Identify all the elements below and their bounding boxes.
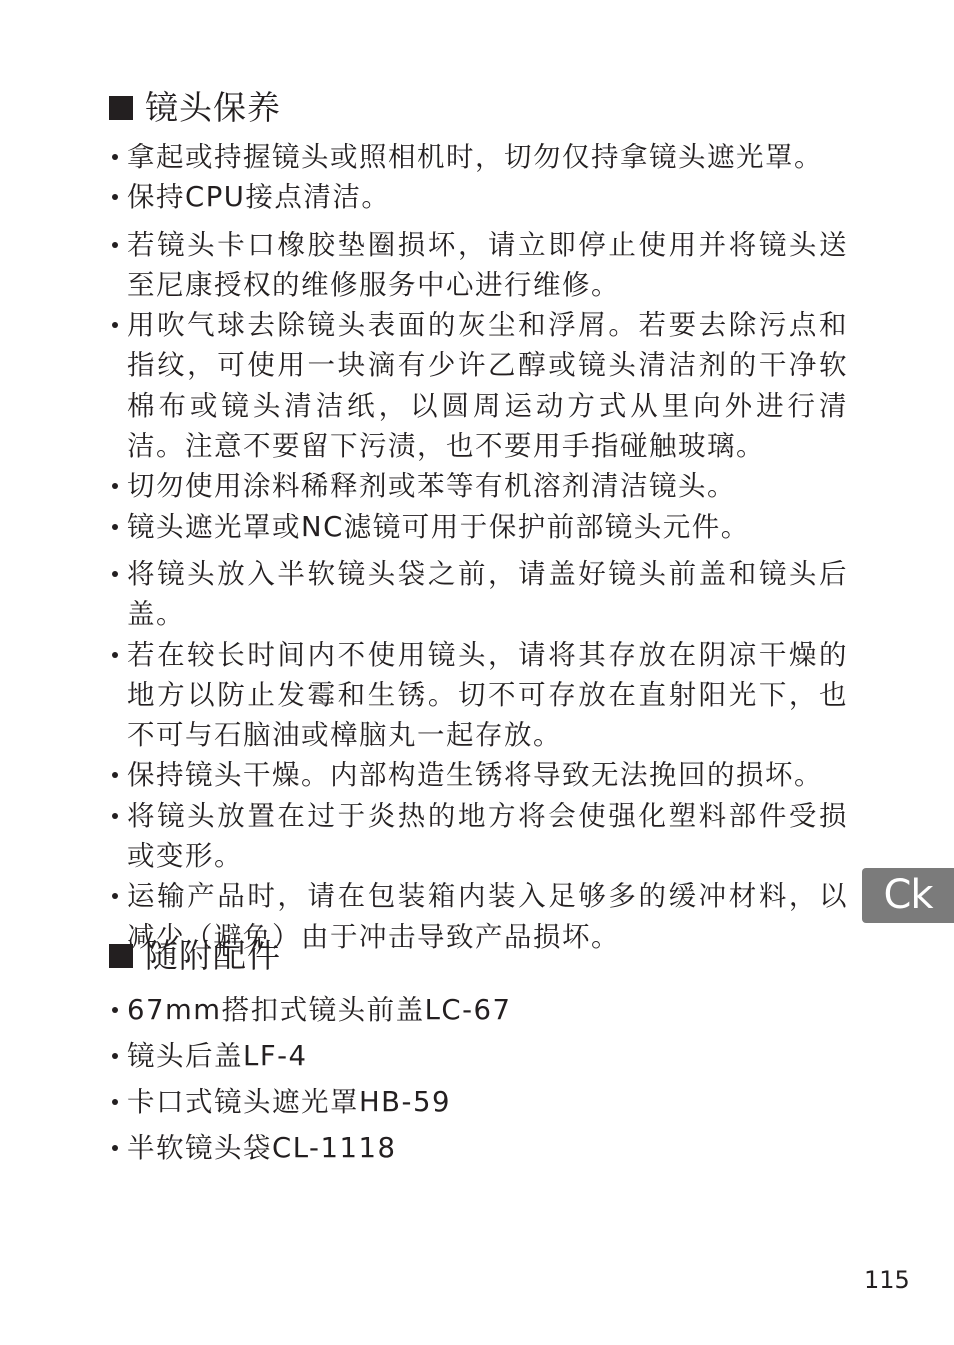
list-item: 镜头遮光罩或NC滤镜可用于保护前部镜头元件。: [108, 507, 848, 547]
item-text: 若镜头卡口橡胶垫圈损坏，请立即停止使用并将镜头送至尼康授权的维修服务中心进行维修…: [127, 229, 848, 301]
list-item: 保持镜头干燥。内部构造生锈将导致无法挽回的损坏。: [108, 755, 848, 795]
list-item: 拿起或持握镜头或照相机时，切勿仅持拿镜头遮光罩。: [108, 137, 848, 177]
heading-text: 镜头保养: [145, 88, 281, 128]
bullet-icon: [112, 571, 118, 577]
bullet-icon: [112, 1053, 118, 1059]
item-text: 用吹气球去除镜头表面的灰尘和浮屑。若要去除污点和指纹，可使用一块滴有少许乙醇或镜…: [127, 309, 848, 462]
list-item: 卡口式镜头遮光罩HB-59: [108, 1079, 848, 1125]
bullet-icon: [112, 893, 118, 899]
list-item: 若在较长时间内不使用镜头，请将其存放在阴凉干燥的地方以防止发霉和生锈。切不可存放…: [108, 635, 848, 756]
bullet-icon: [112, 813, 118, 819]
item-text: 切勿使用涂料稀释剂或苯等有机溶剂清洁镜头。: [127, 470, 736, 502]
lens-care-list: 拿起或持握镜头或照相机时，切勿仅持拿镜头遮光罩。 保持CPU接点清洁。 若镜头卡…: [108, 137, 848, 957]
item-text: 若在较长时间内不使用镜头，请将其存放在阴凉干燥的地方以防止发霉和生锈。切不可存放…: [127, 639, 848, 752]
bullet-icon: [112, 772, 118, 778]
bullet-icon: [112, 242, 118, 248]
section-heading-accessories: 随附配件: [109, 936, 281, 976]
bullet-icon: [112, 194, 118, 200]
item-text: 镜头后盖LF-4: [127, 1040, 308, 1072]
item-text: 将镜头放置在过于炎热的地方将会使强化塑料部件受损或变形。: [127, 800, 848, 872]
item-text: 镜头遮光罩或NC滤镜可用于保护前部镜头元件。: [127, 511, 750, 543]
item-text: 保持镜头干燥。内部构造生锈将导致无法挽回的损坏。: [127, 759, 823, 791]
bullet-icon: [112, 1099, 118, 1105]
item-text: 将镜头放入半软镜头袋之前，请盖好镜头前盖和镜头后盖。: [127, 558, 848, 630]
bullet-icon: [112, 652, 118, 658]
bullet-icon: [112, 1145, 118, 1151]
list-item: 用吹气球去除镜头表面的灰尘和浮屑。若要去除污点和指纹，可使用一块滴有少许乙醇或镜…: [108, 305, 848, 466]
heading-square-icon: [109, 944, 133, 968]
bullet-icon: [112, 1007, 118, 1013]
list-item: 67mm搭扣式镜头前盖LC-67: [108, 987, 848, 1033]
item-text: 67mm搭扣式镜头前盖LC-67: [127, 994, 512, 1026]
list-item: 切勿使用涂料稀释剂或苯等有机溶剂清洁镜头。: [108, 466, 848, 506]
item-text: 卡口式镜头遮光罩HB-59: [127, 1086, 451, 1118]
item-text: 半软镜头袋CL-1118: [127, 1132, 396, 1164]
accessories-list: 67mm搭扣式镜头前盖LC-67 镜头后盖LF-4 卡口式镜头遮光罩HB-59 …: [108, 987, 848, 1171]
list-item: 保持CPU接点清洁。: [108, 177, 848, 217]
bullet-icon: [112, 483, 118, 489]
list-item: 半软镜头袋CL-1118: [108, 1125, 848, 1171]
bullet-icon: [112, 154, 118, 160]
list-item: 将镜头放置在过于炎热的地方将会使强化塑料部件受损或变形。: [108, 796, 848, 877]
heading-square-icon: [109, 96, 133, 120]
item-text: 拿起或持握镜头或照相机时，切勿仅持拿镜头遮光罩。: [127, 141, 823, 173]
bullet-icon: [112, 524, 118, 530]
heading-text: 随附配件: [145, 936, 281, 976]
item-text: 保持CPU接点清洁。: [127, 181, 390, 213]
list-item: 将镜头放入半软镜头袋之前，请盖好镜头前盖和镜头后盖。: [108, 554, 848, 635]
page-number: 115: [864, 1266, 910, 1294]
section-heading-lens-care: 镜头保养: [109, 88, 281, 128]
bullet-icon: [112, 322, 118, 328]
list-item: 镜头后盖LF-4: [108, 1033, 848, 1079]
language-tab-ck: Ck: [862, 868, 954, 923]
list-item: 若镜头卡口橡胶垫圈损坏，请立即停止使用并将镜头送至尼康授权的维修服务中心进行维修…: [108, 225, 848, 306]
